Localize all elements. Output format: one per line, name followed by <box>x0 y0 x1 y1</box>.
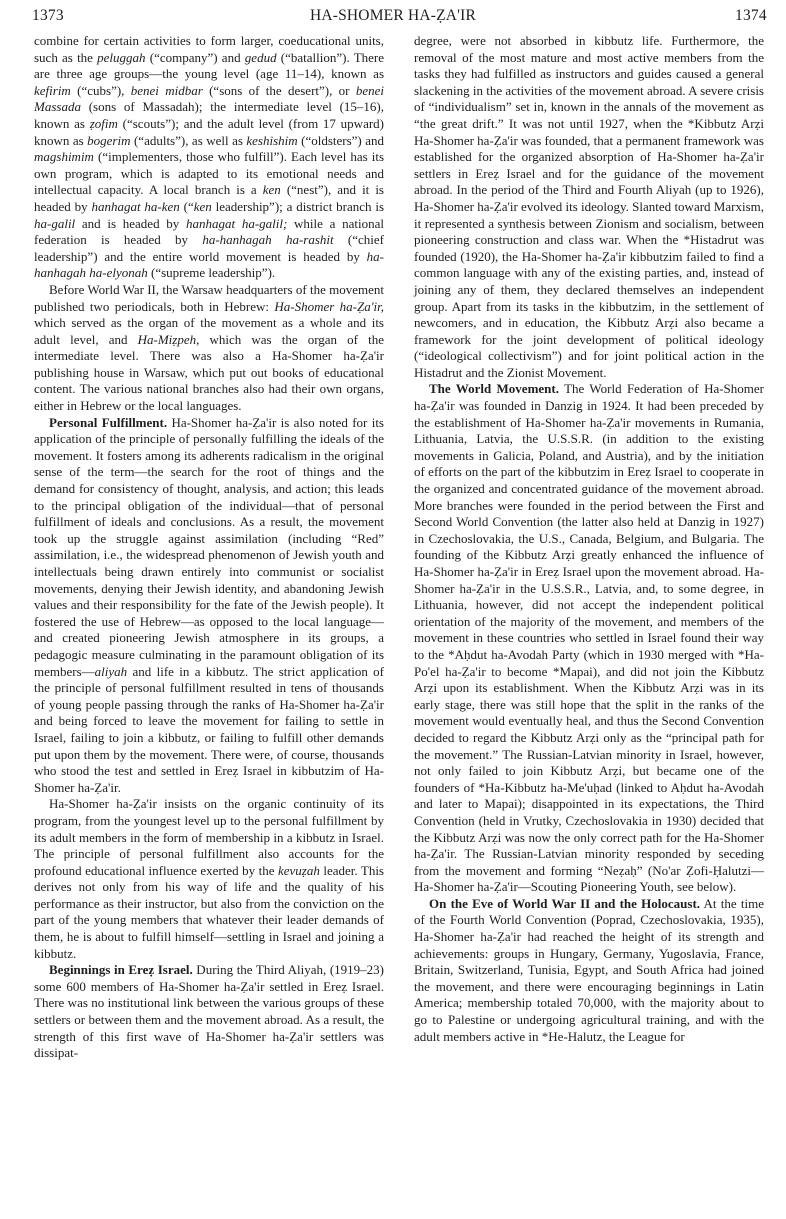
italic-term: ken <box>194 199 212 214</box>
paragraph: The World Movement. The World Federation… <box>414 381 764 895</box>
text-run: (“cubs”), <box>71 83 131 98</box>
text-run: The World Federation of Ha-Shomer ha-Ẓa'… <box>414 381 764 894</box>
italic-term: aliyah <box>95 664 128 679</box>
italic-term: benei midbar <box>131 83 203 98</box>
section-heading: The World Movement. <box>429 381 559 396</box>
italic-term: hanhagat ha-ken <box>91 199 179 214</box>
text-run: (“ <box>180 199 194 214</box>
italic-term: kefirim <box>34 83 71 98</box>
italic-term: hanhagat ha-galil; <box>186 216 287 231</box>
italic-term: kevuẓah <box>278 863 320 878</box>
italic-term: Ha-Miẓpeh, <box>138 332 200 347</box>
text-run: (“oldsters”) and <box>298 133 384 148</box>
paragraph: Personal Fulfillment. Ha-Shomer ha-Ẓa'ir… <box>34 415 384 797</box>
text-run: Ha-Shomer ha-Ẓa'ir is also noted for its… <box>34 415 384 679</box>
italic-term: keshishim <box>246 133 297 148</box>
paragraph: Ha-Shomer ha-Ẓa'ir insists on the organi… <box>34 796 384 962</box>
text-run: and is headed by <box>75 216 186 231</box>
text-run: (“company”) and <box>146 50 245 65</box>
italic-term: peluggah <box>97 50 145 65</box>
italic-term: bogerim <box>87 133 130 148</box>
text-run: leadership”); a district branch is <box>212 199 384 214</box>
italic-term: ha-hanhagah ha-rashit <box>202 232 333 247</box>
running-title: HA-SHOMER HA-ẒA'IR <box>0 7 786 25</box>
paragraph: degree, were not absorbed in kibbutz lif… <box>414 33 764 381</box>
italic-term: Ha-Shomer ha-Ẓa'ir, <box>274 299 384 314</box>
text-run: (“sons of the desert”), or <box>203 83 356 98</box>
text-run: and life in a kibbutz. The strict applic… <box>34 664 384 795</box>
italic-term: ha-galil <box>34 216 75 231</box>
text-run: (“supreme leadership”). <box>148 265 275 280</box>
section-heading: On the Eve of World War II and the Holoc… <box>429 896 700 911</box>
paragraph: On the Eve of World War II and the Holoc… <box>414 896 764 1045</box>
page-number-right: 1374 <box>735 7 767 25</box>
text-run: At the time of the Fourth World Conventi… <box>414 896 764 1044</box>
paragraph: Beginnings in Ereẓ Israel. During the Th… <box>34 962 384 1062</box>
italic-term: ken <box>263 182 281 197</box>
italic-term: ẓofim <box>90 116 118 131</box>
right-column: degree, were not absorbed in kibbutz lif… <box>414 33 764 1045</box>
left-column: combine for certain activities to form l… <box>34 33 384 1062</box>
section-heading: Beginnings in Ereẓ Israel. <box>49 962 193 977</box>
paragraph: Before World War II, the Warsaw headquar… <box>34 282 384 415</box>
paragraph: combine for certain activities to form l… <box>34 33 384 282</box>
section-heading: Personal Fulfillment. <box>49 415 167 430</box>
italic-term: gedud <box>245 50 277 65</box>
italic-term: magshimim <box>34 149 94 164</box>
running-header: 1373 HA-SHOMER HA-ẒA'IR 1374 <box>0 0 786 28</box>
text-run: degree, were not absorbed in kibbutz lif… <box>414 33 764 380</box>
text-run: (“adults”), as well as <box>131 133 247 148</box>
